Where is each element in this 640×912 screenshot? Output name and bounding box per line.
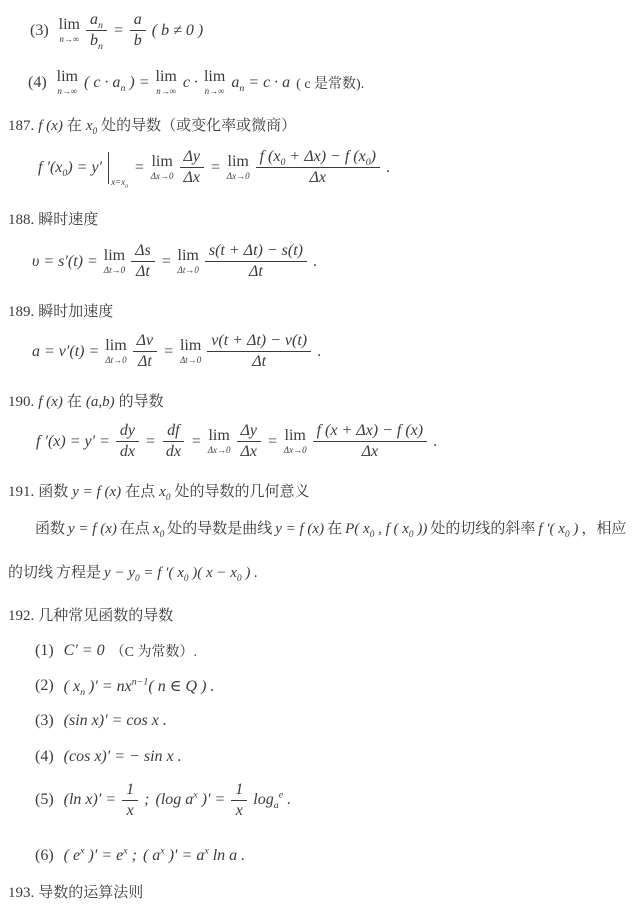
item-label: (4) <box>28 74 47 92</box>
denominator: Δx <box>306 168 331 188</box>
limit-word: lim <box>105 338 126 354</box>
denominator: dx <box>162 442 185 462</box>
superscript: e <box>279 790 283 801</box>
math-text: (cos x)′ = − sin x . <box>64 748 182 766</box>
limit-subscript: Δx→0 <box>227 172 250 181</box>
paragraph-text: 在 <box>327 521 342 537</box>
math-text: ( xn )′ = nxn−1( n ∈ Q ) . <box>64 676 215 696</box>
fraction: f (x0 + Δx) − f (x0)Δx <box>256 147 380 188</box>
numerator: f (x + Δx) − f (x) <box>313 421 428 442</box>
limit-subscript: Δx→0 <box>151 172 174 181</box>
section-heading-187: 187.f (x)在x0处的导数（或变化率或微商） <box>8 114 632 135</box>
item-label: (6) <box>35 847 54 865</box>
heading-math: f (x) <box>38 394 63 410</box>
section-number: 188. <box>8 212 34 228</box>
denominator: Δx <box>358 442 383 462</box>
heading-text: 在 <box>67 394 82 410</box>
math-text: = <box>161 253 172 271</box>
subscript: 0 <box>62 168 67 179</box>
heading-text: 几种常见函数的导数 <box>38 608 173 624</box>
heading-text: 的导数 <box>119 394 164 410</box>
heading-math: y = f (x) <box>72 484 121 500</box>
fraction: 1x <box>231 780 247 821</box>
heading-text: 处的导数的几何意义 <box>174 484 309 500</box>
denominator: Δt <box>134 352 156 372</box>
limit-subscript: Δt→0 <box>180 356 201 365</box>
superscript: x <box>193 790 197 801</box>
limit-operator: limn→∞ <box>57 69 78 96</box>
heading-math: (a,b) <box>86 394 115 410</box>
heading-text: 函数 <box>38 484 68 500</box>
numerator: df <box>163 421 183 442</box>
formula-derivative-on-interval: f ′(x) = y′ =dydx=dfdx=limΔx→0ΔyΔx=limΔx… <box>36 421 632 462</box>
numerator: Δs <box>131 241 155 262</box>
evaluation-subscript: x=x0 <box>111 177 128 187</box>
item-label: (3) <box>30 22 49 40</box>
formula-limit-quotient-rule: (3)limn→∞anbn=ab( b ≠ 0 ) <box>30 10 632 51</box>
heading-math: x0 <box>159 484 170 500</box>
subscript: a <box>274 800 279 811</box>
fraction: v(t + Δt) − v(t)Δt <box>207 331 311 372</box>
heading-text: 瞬时加速度 <box>38 304 113 320</box>
limit-word: lim <box>57 69 78 85</box>
math-text: ( ex )′ = ex ; <box>64 847 137 865</box>
formula-cosine-derivative: (4)(cos x)′ = − sin x . <box>35 748 632 766</box>
limit-word: lim <box>180 338 201 354</box>
subscript: n <box>80 687 85 698</box>
denominator: Δx <box>180 168 205 188</box>
heading-text: 在点 <box>125 484 155 500</box>
limit-operator: limn→∞ <box>59 17 80 44</box>
limit-subscript: Δt→0 <box>105 356 126 365</box>
limit-operator: limΔt→0 <box>104 248 125 275</box>
math-text: ; <box>144 791 149 809</box>
numerator: v(t + Δt) − v(t) <box>207 331 311 352</box>
fraction: 1x <box>122 780 138 821</box>
superscript: x <box>80 845 84 856</box>
heading-text: 瞬时速度 <box>38 212 98 228</box>
paragraph-text: 函数 <box>35 521 65 537</box>
section-heading-192: 192.几种常见函数的导数 <box>8 604 632 625</box>
subscript: n <box>120 83 125 94</box>
math-text: = <box>191 433 202 451</box>
math-text: (ln x)′ = <box>64 791 117 809</box>
subscript: n <box>239 83 244 94</box>
subscript: 0 <box>370 530 375 540</box>
section-number: 191. <box>8 484 34 500</box>
paragraph-math: f ′( x0 ) <box>538 521 578 537</box>
subscript: 0 <box>409 530 414 540</box>
limit-subscript: n→∞ <box>205 87 225 96</box>
formula-exponential-derivative: (6)( ex )′ = ex ;( ax )′ = ax ln a . <box>35 847 632 865</box>
limit-operator: limΔt→0 <box>178 248 199 275</box>
item-label: (4) <box>35 748 54 766</box>
limit-subscript: Δx→0 <box>208 446 231 455</box>
heading-math: x0 <box>86 118 97 134</box>
formula-instantaneous-acceleration: a = v′(t) =limΔt→0ΔvΔt=limΔt→0v(t + Δt) … <box>32 331 632 372</box>
denominator: Δt <box>245 262 267 282</box>
limit-word: lim <box>178 248 199 264</box>
superscript: n−1 <box>132 676 149 687</box>
item-label: (3) <box>35 712 54 730</box>
limit-operator: limΔt→0 <box>180 338 201 365</box>
paragraph-text: 方程是 <box>56 565 101 581</box>
subscript: 0 <box>125 183 128 189</box>
limit-word: lim <box>104 248 125 264</box>
math-text: (log ax )′ = <box>155 791 225 809</box>
paragraph-math: y = f (x) <box>68 521 117 537</box>
math-formula-page: (3)limn→∞anbn=ab( b ≠ 0 ) (4)limn→∞( c ·… <box>0 0 640 902</box>
heading-math: f (x) <box>38 118 63 134</box>
formula-derivative-at-x0: f ′(x0) = y′x=x0=limΔx→0ΔyΔx=limΔx→0f (x… <box>38 147 632 188</box>
section-number: 193. <box>8 885 34 901</box>
subscript: 0 <box>237 574 242 584</box>
math-text: ( b ≠ 0 ) <box>152 22 203 40</box>
limit-word: lim <box>156 69 177 85</box>
subscript: 0 <box>166 493 171 503</box>
subscript: 0 <box>184 574 189 584</box>
numerator: a <box>130 10 146 31</box>
math-text: f ′(x0) = y′ <box>38 159 102 177</box>
heading-text: 导数的运算法则 <box>38 885 143 901</box>
formula-logarithm-derivative: (5)(ln x)′ =1x;(log ax )′ =1xlogae . <box>35 780 632 821</box>
subscript: 0 <box>93 127 98 137</box>
math-text: a = v′(t) = <box>32 343 99 361</box>
denominator: x <box>123 801 138 821</box>
math-text: υ = s′(t) = <box>32 253 98 271</box>
numerator: 1 <box>231 780 247 801</box>
section-number: 189. <box>8 304 34 320</box>
limit-subscript: n→∞ <box>57 87 77 96</box>
limit-operator: limn→∞ <box>156 69 177 96</box>
fraction: dfdx <box>162 421 185 462</box>
subscript: 0 <box>135 574 140 584</box>
limit-operator: limΔt→0 <box>105 338 126 365</box>
paragraph-geometric-meaning: 函数y = f (x)在点x0处的导数是曲线y = f (x)在P( x0 , … <box>8 507 632 596</box>
limit-operator: limΔx→0 <box>208 428 231 455</box>
section-number: 192. <box>8 608 34 624</box>
fraction: anbn <box>86 10 107 51</box>
math-text: . <box>317 343 321 361</box>
item-label: (2) <box>35 677 54 695</box>
fraction: ΔyΔx <box>237 421 262 462</box>
numerator: Δv <box>133 331 158 352</box>
limit-subscript: n→∞ <box>59 35 79 44</box>
math-text: . <box>386 159 390 177</box>
limit-subscript: Δx→0 <box>284 446 307 455</box>
limit-operator: limΔx→0 <box>227 154 250 181</box>
heading-text: 处的导数（或变化率或微商） <box>101 118 296 134</box>
denominator: b <box>130 31 146 51</box>
subscript: n <box>98 20 103 31</box>
paragraph-math: y = f (x) <box>275 521 324 537</box>
subscript: 0 <box>565 530 570 540</box>
denominator: Δt <box>132 262 154 282</box>
section-heading-190: 190.f (x)在(a,b)的导数 <box>8 390 632 411</box>
numerator: s(t + Δt) − s(t) <box>205 241 307 262</box>
limit-operator: limΔx→0 <box>151 154 174 181</box>
denominator: x <box>232 801 247 821</box>
numerator: Δy <box>237 421 262 442</box>
limit-subscript: n→∞ <box>156 87 176 96</box>
section-number: 187. <box>8 118 34 134</box>
limit-subscript: Δt→0 <box>104 266 125 275</box>
paragraph-text: 处的切线的斜率 <box>430 521 535 537</box>
math-text: = <box>145 433 156 451</box>
section-heading-193: 193.导数的运算法则 <box>8 881 632 902</box>
fraction: s(t + Δt) − s(t)Δt <box>205 241 307 282</box>
superscript: x <box>160 845 164 856</box>
formula-power-rule: (2)( xn )′ = nxn−1( n ∈ Q ) . <box>35 676 632 696</box>
section-number: 190. <box>8 394 34 410</box>
math-text: c · <box>183 74 198 92</box>
item-label: (1) <box>35 642 54 660</box>
superscript: x <box>204 845 208 856</box>
math-text: (sin x)′ = cos x . <box>64 712 167 730</box>
paragraph-math: x0 <box>153 521 164 537</box>
limit-word: lim <box>208 428 229 444</box>
math-text: an = c · a <box>231 74 290 92</box>
paragraph-text: 处的导数是曲线 <box>167 521 272 537</box>
math-text: = <box>113 22 124 40</box>
formula-constant-derivative: (1)C′ = 0（C 为常数）. <box>35 641 632 661</box>
paragraph-text: 在点 <box>120 521 150 537</box>
fraction: ab <box>130 10 146 51</box>
limit-word: lim <box>151 154 172 170</box>
section-heading-191: 191.函数y = f (x)在点x0处的导数的几何意义 <box>8 480 632 501</box>
heading-text: 在 <box>67 118 82 134</box>
limit-word: lim <box>59 17 80 33</box>
subscript: 0 <box>160 530 165 540</box>
denominator: Δx <box>237 442 262 462</box>
limit-operator: limn→∞ <box>204 69 225 96</box>
section-heading-189: 189.瞬时加速度 <box>8 300 632 321</box>
math-text: = <box>163 343 174 361</box>
math-text: . <box>313 253 317 271</box>
limit-subscript: Δt→0 <box>178 266 199 275</box>
fraction: ΔsΔt <box>131 241 155 282</box>
annotation-text: （C 为常数）. <box>111 641 197 661</box>
math-text: f ′(x) = y′ = <box>36 433 110 451</box>
numerator: dy <box>116 421 139 442</box>
denominator: bn <box>86 31 107 51</box>
vertical-bar-line <box>108 152 109 184</box>
math-text: = <box>210 159 221 177</box>
formula-limit-constant-multiple-rule: (4)limn→∞( c · an ) =limn→∞c ·limn→∞an =… <box>28 69 632 96</box>
math-text: = <box>134 159 145 177</box>
fraction: ΔyΔx <box>180 147 205 188</box>
math-text: . <box>433 433 437 451</box>
subscript: n <box>98 41 103 52</box>
paragraph-math: y − y0 = f ′( x0 )( x − x0 ) . <box>104 565 258 581</box>
numerator: 1 <box>122 780 138 801</box>
math-text: logae . <box>253 791 291 809</box>
subscript: 0 <box>366 157 371 168</box>
limit-word: lim <box>285 428 306 444</box>
denominator: dx <box>116 442 139 462</box>
item-label: (5) <box>35 791 54 809</box>
math-text: = <box>267 433 278 451</box>
annotation-text: ( c 是常数). <box>296 73 364 93</box>
fraction: f (x + Δx) − f (x)Δx <box>313 421 428 462</box>
fraction: ΔvΔt <box>133 331 158 372</box>
denominator: Δt <box>248 352 270 372</box>
evaluation-bar: x=x0 <box>108 152 128 184</box>
paragraph-math: P( x0 , f ( x0 )) <box>345 521 427 537</box>
limit-operator: limΔx→0 <box>284 428 307 455</box>
numerator: f (x0 + Δx) − f (x0) <box>256 147 380 168</box>
fraction: dydx <box>116 421 139 462</box>
numerator: Δy <box>180 147 205 168</box>
formula-instantaneous-velocity: υ = s′(t) =limΔt→0ΔsΔt=limΔt→0s(t + Δt) … <box>32 241 632 282</box>
limit-word: lim <box>228 154 249 170</box>
formula-sine-derivative: (3)(sin x)′ = cos x . <box>35 712 632 730</box>
subscript: 0 <box>280 157 285 168</box>
section-heading-188: 188.瞬时速度 <box>8 208 632 229</box>
limit-word: lim <box>204 69 225 85</box>
math-text: ( ax )′ = ax ln a . <box>143 847 245 865</box>
numerator: an <box>86 10 107 31</box>
math-text: C′ = 0 <box>64 642 105 660</box>
math-text: ( c · an ) = <box>84 74 150 92</box>
superscript: x <box>123 845 127 856</box>
